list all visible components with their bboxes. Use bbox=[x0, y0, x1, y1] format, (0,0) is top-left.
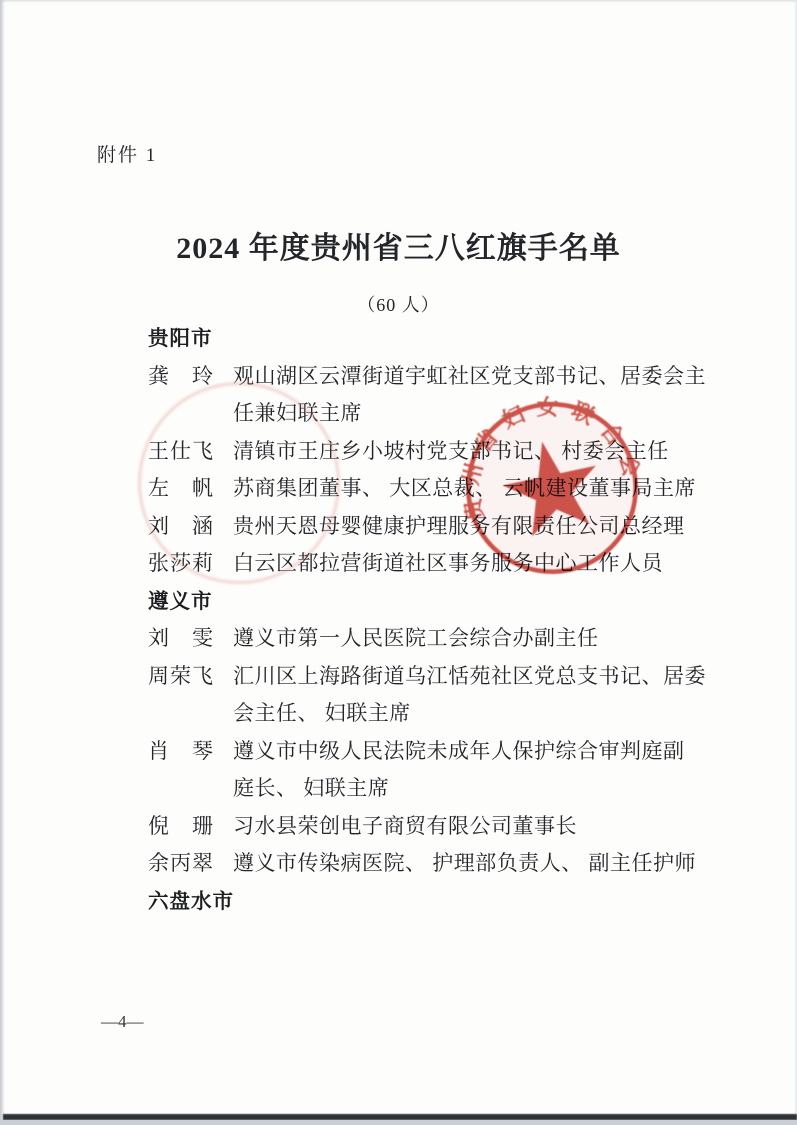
entry-name-char: 琴 bbox=[192, 733, 213, 771]
entry-position: 习水县荣创电子商贸有限公司董事长 bbox=[233, 808, 719, 846]
roster-entry: 肖琴 遵义市中级人民法院未成年人保护综合审判庭副 庭长、 妇联主席 bbox=[148, 733, 738, 808]
entry-name-char: 倪 bbox=[148, 808, 169, 846]
city-heading: 遵义市 bbox=[148, 583, 738, 621]
entry-name-char: 龚 bbox=[148, 358, 169, 396]
entry-name-char: 翠 bbox=[192, 845, 213, 883]
roster-section: 六盘水市 bbox=[148, 883, 738, 921]
entry-name-char: 荣 bbox=[170, 658, 191, 696]
scan-edge-bottom-shadow bbox=[0, 1120, 797, 1125]
entry-position: 遵义市传染病医院、 护理部负责人、 副主任护师 bbox=[233, 845, 719, 883]
entry-name-char: 雯 bbox=[192, 620, 213, 658]
entry-name-char: 珊 bbox=[192, 808, 213, 846]
entry-position: 遵义市中级人民法院未成年人保护综合审判庭副 庭长、 妇联主席 bbox=[233, 733, 719, 808]
document-title: 2024 年度贵州省三八红旗手名单 bbox=[0, 223, 797, 267]
entry-name-char: 周 bbox=[148, 658, 169, 696]
entry-name-char: 肖 bbox=[148, 733, 169, 771]
entry-name: 肖琴 bbox=[148, 733, 213, 771]
scan-edge-left bbox=[0, 0, 5, 1125]
entry-name: 周荣飞 bbox=[148, 658, 213, 696]
entry-name-char: 丙 bbox=[170, 845, 191, 883]
entry-name: 刘雯 bbox=[148, 620, 213, 658]
document-subtitle: （60 人） bbox=[0, 291, 797, 317]
roster-entry: 周荣飞 汇川区上海路街道乌江恬苑社区党总支书记、居委 会主任、 妇联主席 bbox=[148, 658, 738, 733]
roster-section: 遵义市 刘雯 遵义市第一人民医院工会综合办副主任 周荣飞 汇川区上海路街道乌江恬… bbox=[148, 583, 738, 883]
city-heading: 六盘水市 bbox=[148, 883, 738, 921]
entry-name: 余丙翠 bbox=[148, 845, 213, 883]
page-number: —4— bbox=[101, 1012, 144, 1032]
roster-entry: 余丙翠 遵义市传染病医院、 护理部负责人、 副主任护师 bbox=[148, 845, 738, 883]
city-heading: 贵阳市 bbox=[148, 320, 738, 358]
entry-name-char: 余 bbox=[148, 845, 169, 883]
entry-position: 遵义市第一人民医院工会综合办副主任 bbox=[233, 620, 719, 658]
official-seal: 贵州省妇女联合会 bbox=[444, 380, 660, 596]
faint-seal-impression bbox=[138, 382, 340, 584]
entry-position: 汇川区上海路街道乌江恬苑社区党总支书记、居委 会主任、 妇联主席 bbox=[233, 658, 719, 733]
entry-name: 倪珊 bbox=[148, 808, 213, 846]
roster-entry: 倪珊 习水县荣创电子商贸有限公司董事长 bbox=[148, 808, 738, 846]
attachment-label: 附件 1 bbox=[97, 140, 157, 167]
entry-name-char: 刘 bbox=[148, 620, 169, 658]
section-entries: 刘雯 遵义市第一人民医院工会综合办副主任 周荣飞 汇川区上海路街道乌江恬苑社区党… bbox=[148, 620, 738, 883]
roster-entry: 刘雯 遵义市第一人民医院工会综合办副主任 bbox=[148, 620, 738, 658]
entry-name-char: 飞 bbox=[192, 658, 213, 696]
scan-edge-top bbox=[0, 0, 797, 3]
